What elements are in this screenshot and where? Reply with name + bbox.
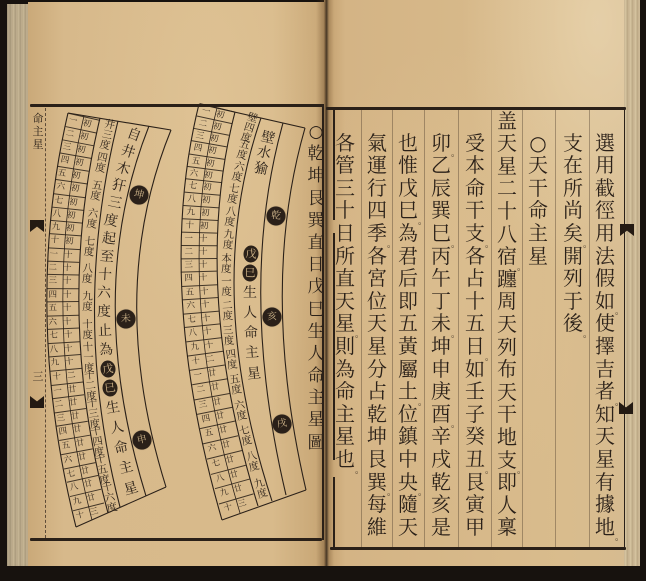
trigram-marker-circle: 亥 bbox=[262, 307, 282, 327]
degree-label: 五度 bbox=[227, 373, 242, 396]
day-label: 十二 bbox=[185, 248, 214, 257]
day-label: 十五 bbox=[48, 304, 77, 313]
day-label: 三十 bbox=[75, 506, 105, 521]
band-title-char: 止 bbox=[96, 322, 113, 339]
degree-label: 七度 bbox=[82, 235, 96, 257]
day-label: 十六 bbox=[186, 300, 216, 310]
day-cell: 十二 bbox=[181, 245, 217, 259]
band-title-char: 主 bbox=[244, 344, 261, 361]
degree-label: 八度 bbox=[223, 205, 237, 227]
day-label: 初八 bbox=[52, 210, 82, 221]
band-title-char: 人 bbox=[107, 418, 126, 437]
band-title-char: 起 bbox=[100, 230, 118, 248]
day-cell: 十七 bbox=[47, 328, 80, 343]
day-label: 十八 bbox=[188, 327, 218, 338]
day-label: 初十 bbox=[185, 221, 214, 231]
band-title-char: 主 bbox=[116, 458, 135, 477]
degree-label: 四度 bbox=[224, 348, 239, 370]
day-label: 十四 bbox=[48, 291, 77, 300]
degree-label: 九度 bbox=[80, 291, 92, 312]
band-title-char: 木 bbox=[113, 159, 133, 179]
band-title-char: 度 bbox=[102, 212, 120, 230]
degree-label: 七度 bbox=[226, 182, 241, 205]
circled-title-char: 巳 bbox=[101, 379, 118, 398]
day-label: 十七 bbox=[49, 331, 78, 341]
degree-label: 二度 bbox=[220, 300, 233, 322]
band-title-char: 十 bbox=[97, 266, 114, 283]
band-title-char: 犴 bbox=[109, 176, 128, 195]
lunar-mansion-diagram: 初一初二初三初四初五初六初七初八初九初十十一十二十三十四十五十六十七十八十九二十… bbox=[0, 0, 646, 581]
trigram-marker-circle: 申 bbox=[131, 428, 154, 451]
day-label: 初九 bbox=[51, 223, 81, 234]
day-label: 十一 bbox=[185, 234, 214, 243]
degree-label: 三度 bbox=[221, 324, 235, 346]
day-label: 十九 bbox=[51, 357, 81, 368]
band-title-char: 為 bbox=[97, 341, 114, 358]
trigram-marker-circle: 戌 bbox=[271, 413, 293, 435]
day-label: 初七 bbox=[54, 196, 84, 208]
trigram-marker-circle: 未 bbox=[116, 309, 135, 328]
band-title-char: 生 bbox=[104, 399, 122, 417]
degree-label: 五度 bbox=[88, 178, 103, 201]
band-title-char: 星 bbox=[121, 479, 141, 499]
day-label: 十四 bbox=[185, 274, 214, 283]
circled-title-char: 戊 bbox=[99, 360, 116, 378]
band-title-char: 三 bbox=[105, 194, 124, 213]
band-title-char: 命 bbox=[111, 438, 130, 457]
day-label: 十七 bbox=[187, 314, 217, 325]
circled-title-char: 戊 bbox=[243, 245, 259, 263]
band-title-char: 星 bbox=[245, 365, 263, 383]
degree-label: 井三度 bbox=[97, 117, 116, 150]
day-label: 十二 bbox=[49, 264, 78, 274]
degree-label: 四度 bbox=[93, 150, 109, 173]
day-label: 十五 bbox=[185, 287, 214, 297]
day-label: 十一 bbox=[49, 250, 78, 260]
band-title-char: 命 bbox=[242, 324, 259, 341]
day-label: 十六 bbox=[49, 318, 78, 327]
degree-label: 九度 bbox=[221, 228, 235, 250]
day-cell: 十三 bbox=[181, 258, 217, 272]
day-label: 初九 bbox=[186, 208, 216, 218]
degree-label: 一度 bbox=[220, 276, 232, 297]
day-cell: 十四 bbox=[47, 288, 79, 302]
degree-label: 八度 bbox=[81, 263, 94, 285]
band-title-char: 人 bbox=[242, 304, 258, 320]
day-label: 二十 bbox=[52, 371, 82, 382]
day-label: 十三 bbox=[185, 261, 214, 270]
day-label: 初八 bbox=[187, 195, 217, 206]
day-label: 十八 bbox=[50, 344, 79, 354]
degree-label: 六度 bbox=[85, 206, 99, 228]
trigram-marker-circle: 坤 bbox=[127, 184, 150, 207]
day-cell: 十三 bbox=[47, 274, 79, 288]
circled-title-char: 巳 bbox=[242, 264, 257, 281]
book-spread-scan: 命主星 三 選用截徑用法假如。使擇吉者。知天星有據地。 支在所尚矣。開列于後。 … bbox=[0, 0, 646, 581]
band-title-char: 度 bbox=[96, 304, 112, 320]
band-title-char: 㺄 bbox=[252, 159, 271, 178]
day-cell: 十四 bbox=[181, 271, 217, 286]
degree-label: 六度 bbox=[230, 159, 246, 182]
day-label: 三十 bbox=[223, 498, 253, 514]
day-cell: 十五 bbox=[47, 301, 79, 315]
band-title-char: 六 bbox=[96, 285, 112, 301]
day-label: 十三 bbox=[48, 277, 77, 286]
day-label: 初十 bbox=[50, 237, 80, 248]
band-title-char: 井 bbox=[118, 142, 138, 162]
trigram-marker-circle: 乾 bbox=[265, 205, 286, 226]
degree-label: 本度 bbox=[220, 252, 233, 273]
band-title-char: 生 bbox=[242, 285, 258, 301]
day-cell: 十一 bbox=[181, 231, 217, 246]
degree-label: 十度 bbox=[80, 319, 92, 340]
band-title-char: 至 bbox=[98, 248, 115, 265]
